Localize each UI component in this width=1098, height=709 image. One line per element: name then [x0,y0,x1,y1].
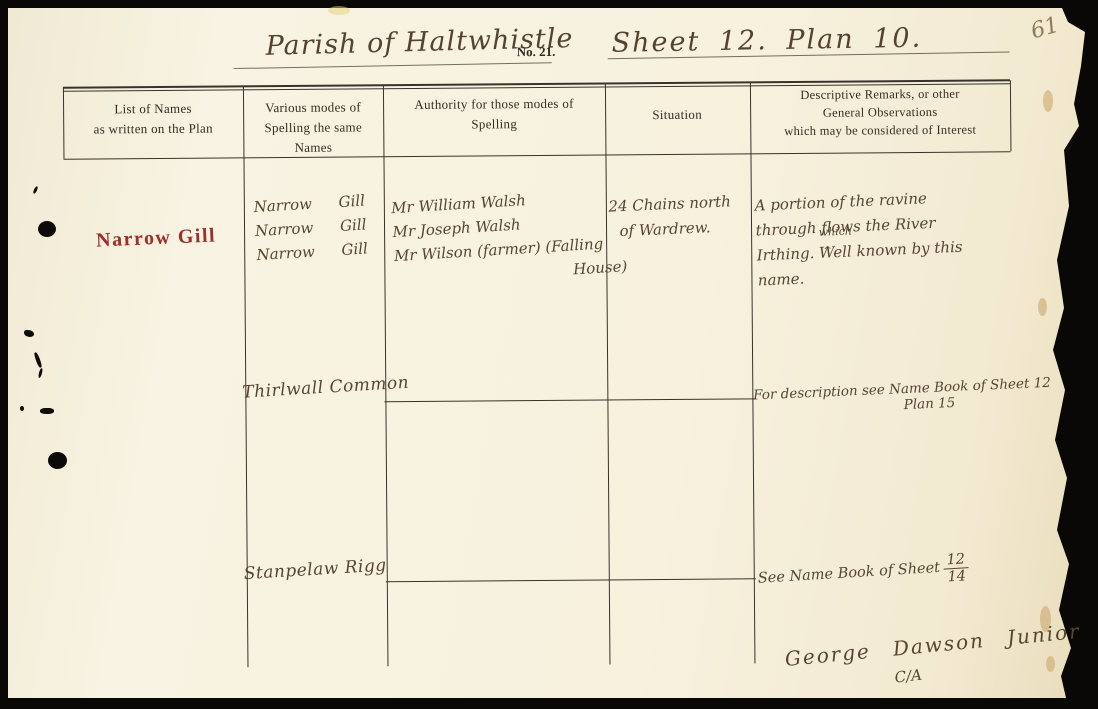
column-divider-4 [750,82,756,663]
colhead-spelling: Various modes of Spelling the same Names [246,97,380,158]
surveyor-signature-rank: C/A [894,666,923,687]
colhead-names: List of Names as written on the Plan [68,98,238,139]
entry-separator-rule [384,398,754,402]
entry2-remarks: For description see Name Book of Sheet 1… [753,375,1052,420]
entry3-remarks: See Name Book of Sheet1214 [757,551,970,597]
entry3-name: Stanpelaw Rigg [243,555,387,584]
colhead-situation-line1: Situation [608,104,746,125]
colhead-remarks-line3: which may be considered of Interest [754,120,1006,140]
column-divider-3 [605,83,611,664]
fraction-sheet-number: 12 [943,551,968,569]
scanned-namebook-page: { "colors": { "background": "#090807", "… [0,0,1098,709]
colhead-authority: Authority for those modes of Spelling [388,94,600,136]
ink-blot [48,452,67,469]
entry3-remarks-text: See Name Book of Sheet [757,560,940,587]
ink-blot [24,330,34,337]
colhead-spelling-line1: Various modes of [246,97,380,118]
page-content: Parish of Haltwhistle No. 21. Sheet 12. … [0,0,1098,709]
fraction-plan-number: 14 [944,568,969,585]
colhead-authority-line1: Authority for those modes of [388,94,600,116]
table-header-bottom-rule [63,151,1010,159]
colhead-spelling-line2: Spelling the same Names [246,117,380,158]
colhead-situation: Situation [608,104,746,125]
colhead-remarks: Descriptive Remarks, or other General Ob… [754,84,1006,140]
sheet-plan-fraction: 1214 [943,551,969,585]
surveyor-signature: George Dawson Junior [784,619,1082,671]
table-border-right [1010,80,1012,151]
colhead-names-line1: List of Names [68,98,238,119]
table-border-left [63,88,65,159]
header-number-label: No. 21. [517,44,556,60]
colhead-names-line2: as written on the Plan [68,118,238,139]
header-underline [234,62,552,69]
entry1-remarks-line2-before: through [755,219,817,240]
entry1-spellings: Narrow Gill Narrow Gill Narrow Gill [253,189,369,268]
entry1-situation-line1: 24 Chains north [608,189,731,219]
ink-speck [20,406,24,411]
colhead-remarks-line2: General Observations [754,102,1006,122]
entry-separator-rule [386,578,756,582]
entry1-authority-3-cont: House) [572,254,625,281]
entry1-name: Narrow Gill [96,224,217,252]
colhead-remarks-line1: Descriptive Remarks, or other [754,84,1006,104]
caret-mark: ^ [823,238,832,263]
entry1-authorities: Mr William Walsh Mr Joseph Walsh Mr Wils… [390,182,625,292]
entry1-situation-line2: of Wardrew. [619,214,732,244]
entry1-remarks: A portion of the ravine throughwhich^ fl… [754,181,1058,294]
entry1-situation: 24 Chains north of Wardrew. [608,189,732,244]
ink-dash [40,408,54,414]
colhead-authority-line2: Spelling [388,114,600,136]
ink-blot [38,221,56,237]
